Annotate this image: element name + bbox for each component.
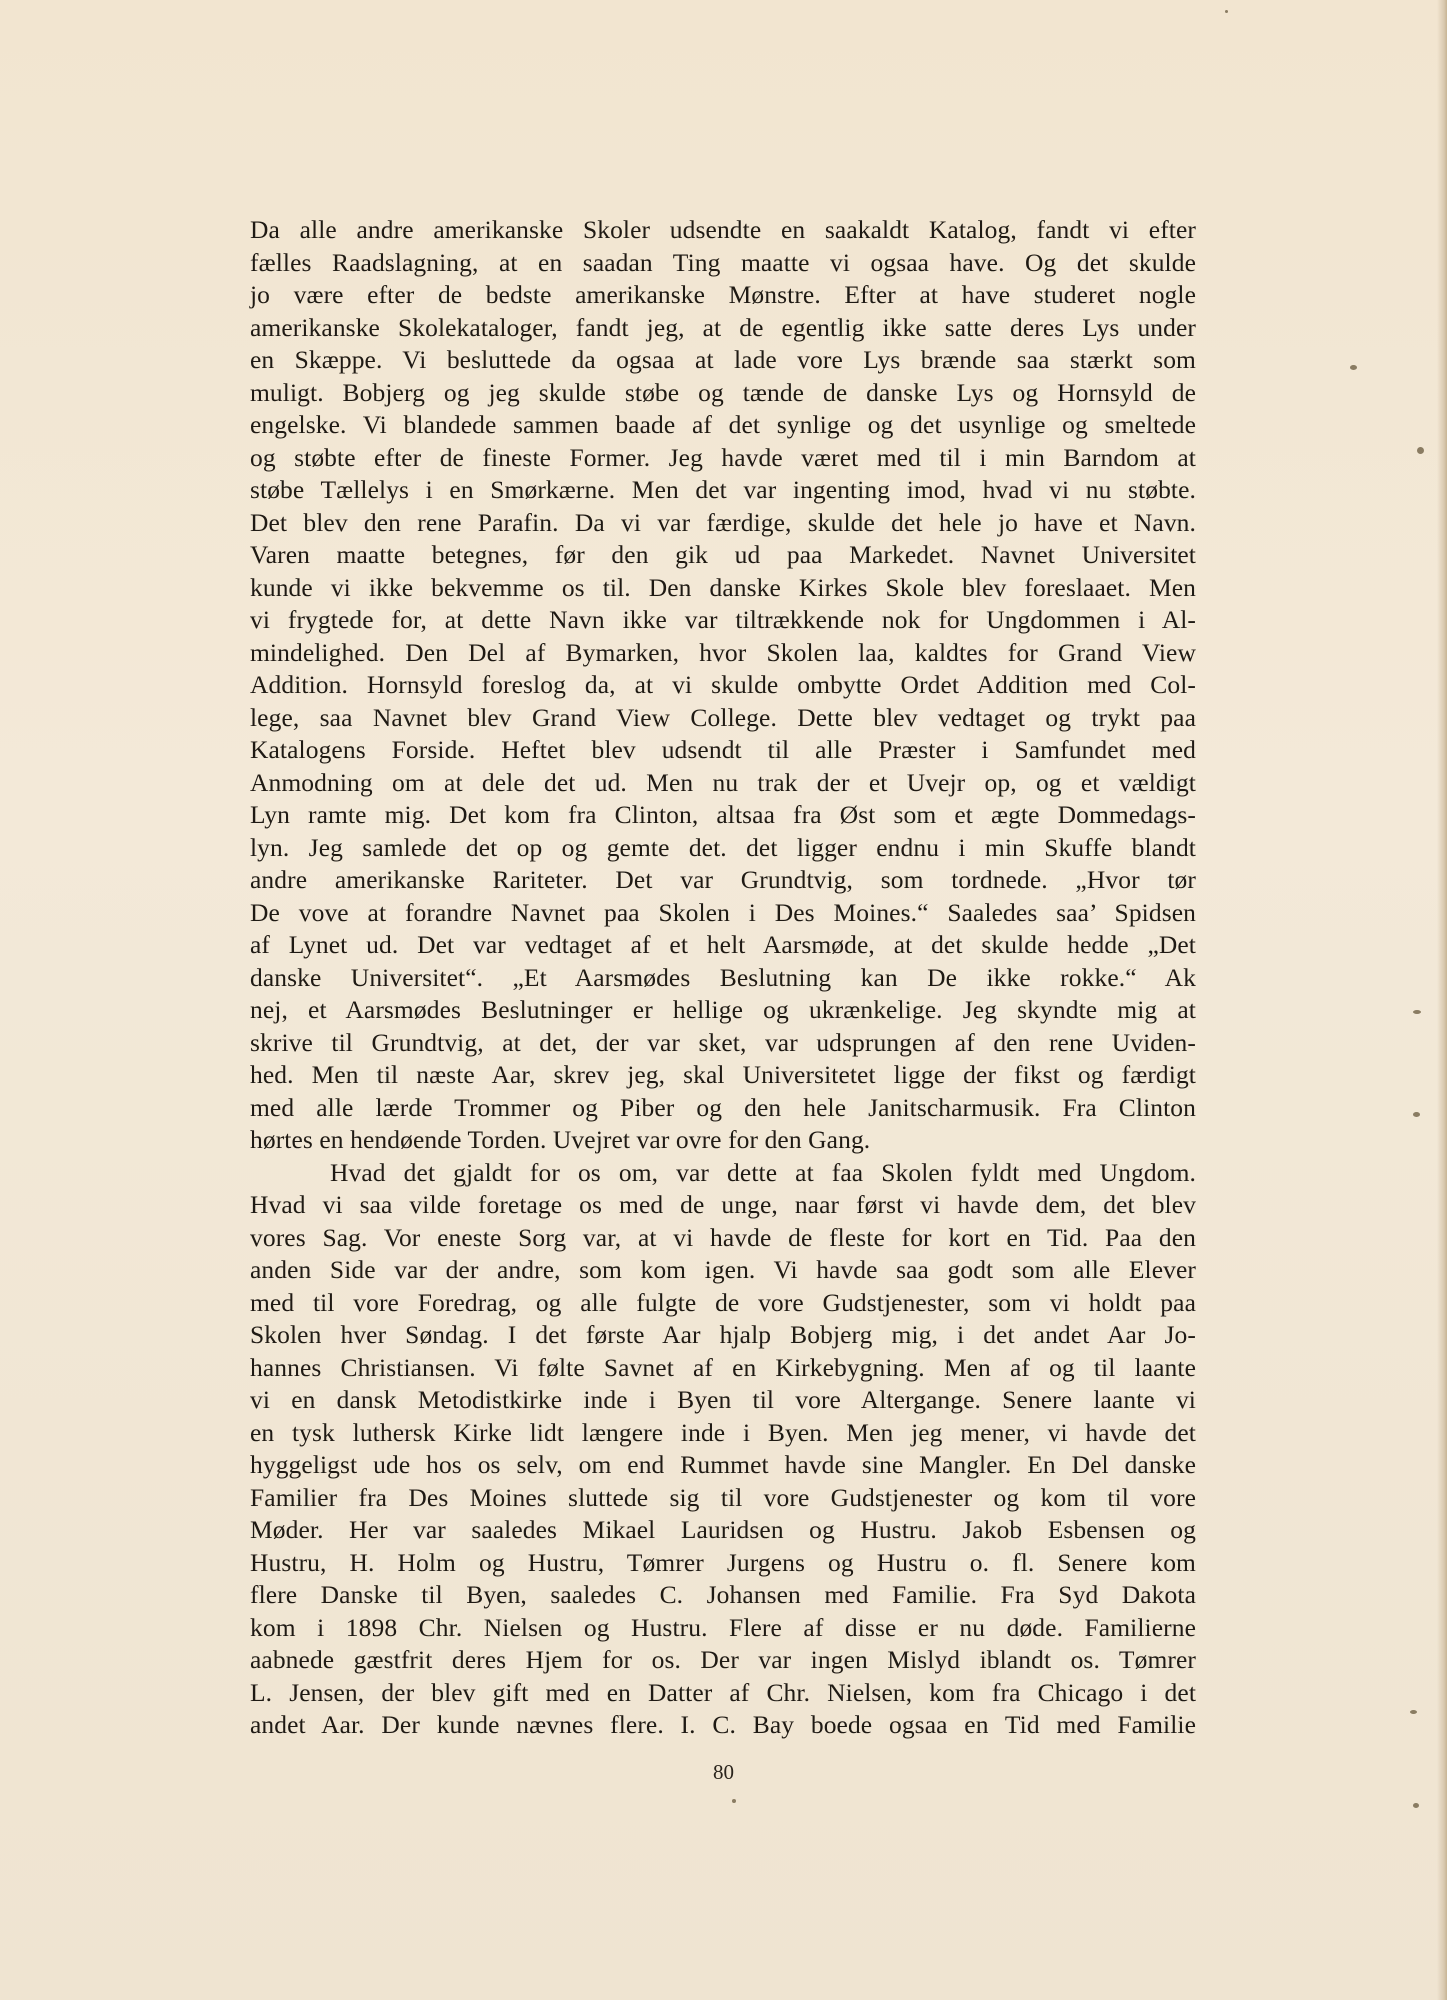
text-line: fælles Raadslagning, at en saadan Ting m… xyxy=(250,247,1196,280)
paper-speck xyxy=(1417,447,1424,454)
text-line: og støbte efter de fineste Former. Jeg h… xyxy=(250,442,1196,475)
paper-speck xyxy=(1413,1803,1419,1808)
text-line: Anmodning om at dele det ud. Men nu trak… xyxy=(250,767,1196,800)
text-line: Addition. Hornsyld foreslog da, at vi sk… xyxy=(250,669,1196,702)
text-line: Hustru, H. Holm og Hustru, Tømrer Jurgen… xyxy=(250,1547,1196,1580)
paper-speck xyxy=(1410,1710,1417,1714)
text-line: muligt. Bobjerg og jeg skulde støbe og t… xyxy=(250,377,1196,410)
paper-speck xyxy=(1413,1010,1421,1014)
text-line: hed. Men til næste Aar, skrev jeg, skal … xyxy=(250,1059,1196,1092)
text-line: med til vore Foredrag, og alle fulgte de… xyxy=(250,1287,1196,1320)
text-line: kunde vi ikke bekvemme os til. Den dansk… xyxy=(250,572,1196,605)
text-line: en tysk luthersk Kirke lidt længere inde… xyxy=(250,1417,1196,1450)
text-line: hyggeligst ude hos os selv, om end Rumme… xyxy=(250,1449,1196,1482)
text-line: Katalogens Forside. Heftet blev udsendt … xyxy=(250,734,1196,767)
paragraph-2: Hvad det gjaldt for os om, var dette at … xyxy=(250,1157,1196,1742)
text-line: anden Side var der andre, som kom igen. … xyxy=(250,1254,1196,1287)
body-text: Da alle andre amerikanske Skoler udsendt… xyxy=(250,214,1196,1742)
text-line: skrive til Grundtvig, at det, der var sk… xyxy=(250,1027,1196,1060)
text-line: hannes Christiansen. Vi følte Savnet af … xyxy=(250,1352,1196,1385)
text-line: andre amerikanske Rariteter. Det var Gru… xyxy=(250,864,1196,897)
text-line: af Lynet ud. Det var vedtaget af et helt… xyxy=(250,929,1196,962)
text-line: flere Danske til Byen, saaledes C. Johan… xyxy=(250,1579,1196,1612)
text-line: lege, saa Navnet blev Grand View College… xyxy=(250,702,1196,735)
text-line: engelske. Vi blandede sammen baade af de… xyxy=(250,409,1196,442)
text-line: andet Aar. Der kunde nævnes flere. I. C.… xyxy=(250,1709,1196,1742)
text-line: L. Jensen, der blev gift med en Datter a… xyxy=(250,1677,1196,1710)
text-line: Det blev den rene Parafin. Da vi var fær… xyxy=(250,507,1196,540)
page-number: 80 xyxy=(0,1760,1447,1785)
scanned-page: Da alle andre amerikanske Skoler udsendt… xyxy=(0,0,1447,2000)
text-line: Hvad det gjaldt for os om, var dette at … xyxy=(250,1157,1196,1190)
text-line: Varen maatte betegnes, før den gik ud pa… xyxy=(250,539,1196,572)
text-line: lyn. Jeg samlede det op og gemte det. de… xyxy=(250,832,1196,865)
text-line: hørtes en hendøende Torden. Uvejret var … xyxy=(250,1124,1196,1157)
text-line: en Skæppe. Vi besluttede da ogsaa at lad… xyxy=(250,344,1196,377)
text-line: vi frygtede for, at dette Navn ikke var … xyxy=(250,604,1196,637)
text-line: amerikanske Skolekataloger, fandt jeg, a… xyxy=(250,312,1196,345)
page-edge-shadow xyxy=(1437,0,1447,2000)
text-line: støbe Tællelys i en Smørkærne. Men det v… xyxy=(250,474,1196,507)
text-line: Skolen hver Søndag. I det første Aar hja… xyxy=(250,1319,1196,1352)
text-line: vores Sag. Vor eneste Sorg var, at vi ha… xyxy=(250,1222,1196,1255)
text-line: De vove at forandre Navnet paa Skolen i … xyxy=(250,897,1196,930)
text-line: Lyn ramte mig. Det kom fra Clinton, alts… xyxy=(250,799,1196,832)
text-line: Hvad vi saa vilde foretage os med de ung… xyxy=(250,1189,1196,1222)
text-line: Familier fra Des Moines sluttede sig til… xyxy=(250,1482,1196,1515)
text-line: mindelighed. Den Del af Bymarken, hvor S… xyxy=(250,637,1196,670)
text-line: Da alle andre amerikanske Skoler udsendt… xyxy=(250,214,1196,247)
text-line: vi en dansk Metodistkirke inde i Byen ti… xyxy=(250,1384,1196,1417)
text-line: Møder. Her var saaledes Mikael Lauridsen… xyxy=(250,1514,1196,1547)
text-line: danske Universitet“. „Et Aarsmødes Beslu… xyxy=(250,962,1196,995)
text-line: nej, et Aarsmødes Beslutninger er hellig… xyxy=(250,994,1196,1027)
paper-speck xyxy=(732,1799,736,1803)
paper-speck xyxy=(1413,1112,1420,1117)
paper-speck xyxy=(1350,365,1357,370)
paragraph-1: Da alle andre amerikanske Skoler udsendt… xyxy=(250,214,1196,1157)
text-line: aabnede gæstfrit deres Hjem for os. Der … xyxy=(250,1644,1196,1677)
paper-speck xyxy=(1225,10,1228,13)
text-line: kom i 1898 Chr. Nielsen og Hustru. Flere… xyxy=(250,1612,1196,1645)
text-line: jo være efter de bedste amerikanske Møns… xyxy=(250,279,1196,312)
text-line: med alle lærde Trommer og Piber og den h… xyxy=(250,1092,1196,1125)
